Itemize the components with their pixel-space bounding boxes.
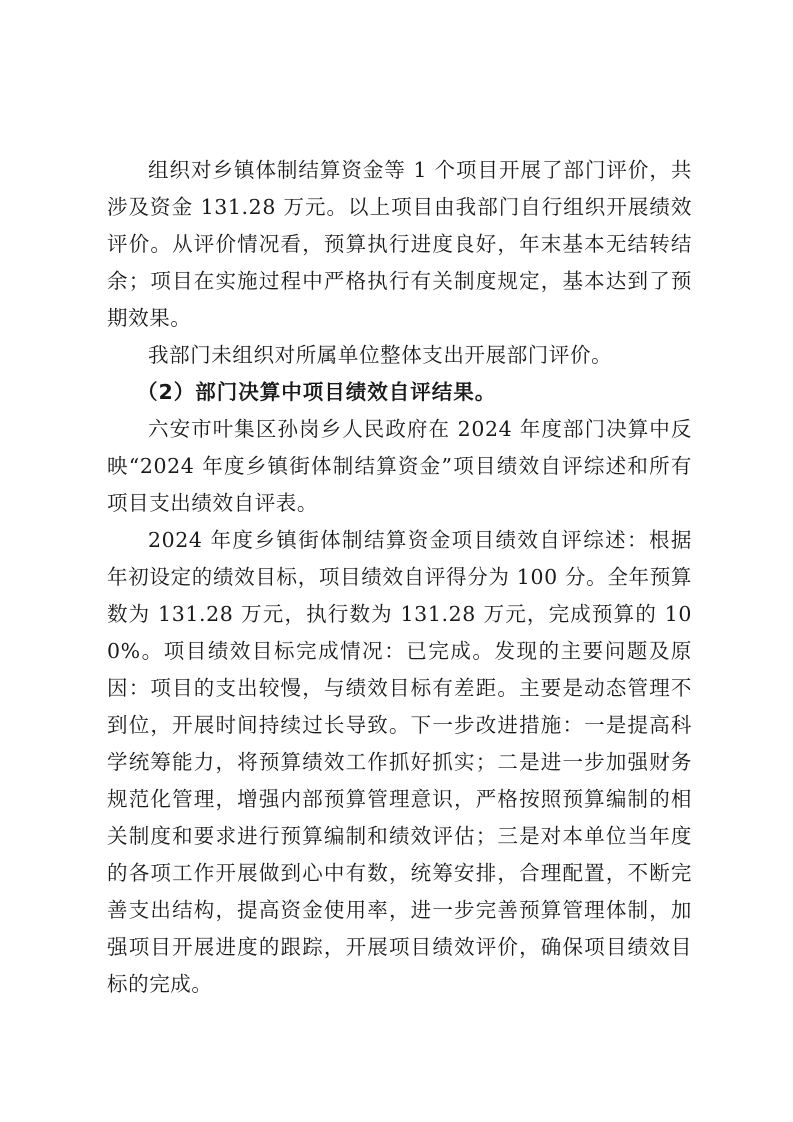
document-page: 组织对乡镇体制结算资金等 1 个项目开展了部门评价，共涉及资金 131.28 万… [107, 152, 692, 1003]
paragraph-department-evaluation: 组织对乡镇体制结算资金等 1 个项目开展了部门评价，共涉及资金 131.28 万… [107, 152, 692, 337]
paragraph-no-unit-evaluation: 我部门未组织对所属单位整体支出开展部门评价。 [107, 337, 692, 374]
section-heading-self-evaluation-results: （2）部门决算中项目绩效自评结果。 [107, 374, 692, 411]
paragraph-self-evaluation-summary: 2024 年度乡镇街体制结算资金项目绩效自评综述：根据年初设定的绩效目标，项目绩… [107, 522, 692, 1003]
paragraph-final-accounts-reflection: 六安市叶集区孙岗乡人民政府在 2024 年度部门决算中反映“2024 年度乡镇街… [107, 411, 692, 522]
